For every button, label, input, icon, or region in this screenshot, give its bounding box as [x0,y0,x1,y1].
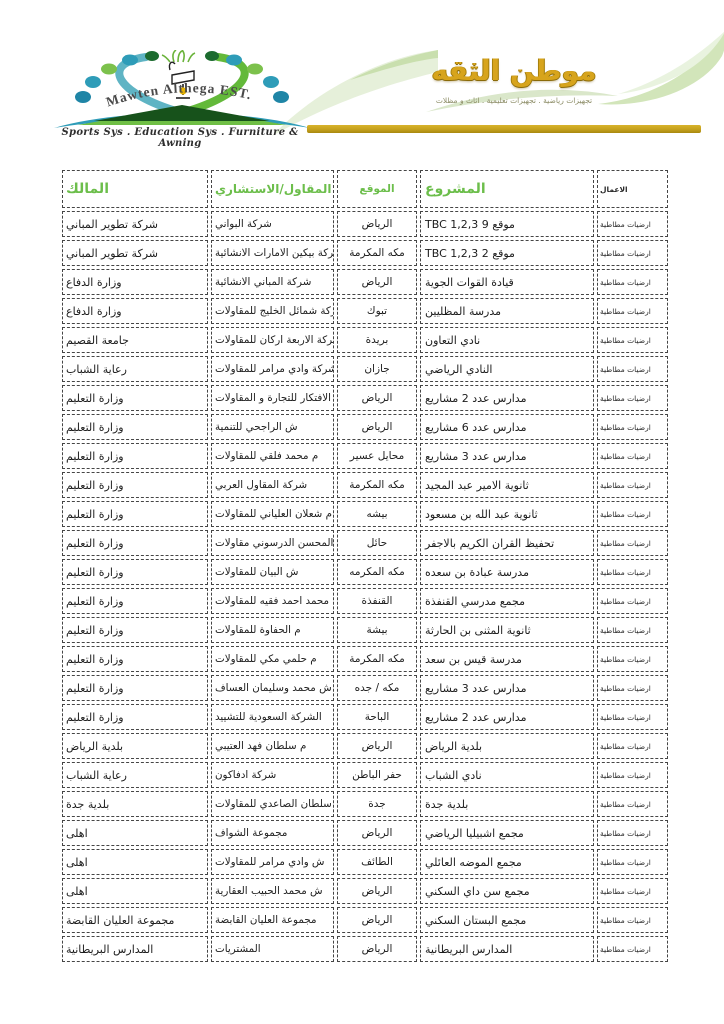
cell-work: ارضيات مطاطية [597,501,668,527]
cell-contractor: عبدالمحسن الدرسوني مقاولات [211,530,334,556]
cell-contractor: ش وادي مرامر للمقاولات [211,849,334,875]
cell-work: ارضيات مطاطية [597,240,668,266]
column-header-owner: المالك [62,170,208,208]
cell-owner: وزارة التعليم [62,472,208,498]
cell-project: نادي الشباب [420,762,594,788]
cell-owner: اهلى [62,820,208,846]
cell-project: مدارس عدد 3 مشاريع [420,675,594,701]
brand-subtitle: تجهيزات رياضية . تجهيزات تعليمية . اثاث … [330,96,698,105]
cell-project: مجمع اشبيليا الرياضي [420,820,594,846]
cell-work: ارضيات مطاطية [597,327,668,353]
cell-project: ثانوية الامير عبد المجيد [420,472,594,498]
cell-work: ارضيات مطاطية [597,211,668,237]
cell-location: الباحة [337,704,417,730]
column-header-location: الموقع [337,170,417,208]
cell-work: ارضيات مطاطية [597,298,668,324]
cell-project: قيادة القوات الجوية [420,269,594,295]
cell-project: مجمع مدرسي القنفذة [420,588,594,614]
cell-owner: رعاية الشباب [62,356,208,382]
cell-work: ارضيات مطاطية [597,414,668,440]
cell-project: النادي الرياضي [420,356,594,382]
cell-project: مدارس عدد 2 مشاريع [420,704,594,730]
cell-work: ارضيات مطاطية [597,356,668,382]
cell-contractor: ش محمد الحبيب العقارية [211,878,334,904]
cell-contractor: م حلمي مكي للمقاولات [211,646,334,672]
cell-location: بيشه [337,501,417,527]
cell-owner: اهلى [62,878,208,904]
cell-location: الرياض [337,414,417,440]
cell-work: ارضيات مطاطية [597,530,668,556]
cell-location: جازان [337,356,417,382]
cell-location: القنفذة [337,588,417,614]
cell-location: تبوك [337,298,417,324]
cell-project: المدارس البريطانية [420,936,594,962]
cell-work: ارضيات مطاطية [597,820,668,846]
cell-location: مكه المكرمة [337,240,417,266]
cell-work: ارضيات مطاطية [597,646,668,672]
brand-title: موطن الثقه [330,56,698,87]
cell-contractor: م سلطان فهد العتيبي [211,733,334,759]
cell-location: بيشة [337,617,417,643]
cell-location: مكه / جده [337,675,417,701]
cell-owner: اهلى [62,849,208,875]
cell-location: الرياض [337,269,417,295]
cell-location: مكه المكرمة [337,646,417,672]
cell-work: ارضيات مطاطية [597,443,668,469]
cell-contractor: م الحفاوة للمقاولات [211,617,334,643]
cell-owner: جامعة القصيم [62,327,208,353]
cell-work: ارضيات مطاطية [597,907,668,933]
company-logo: Mawten Althega EST. [52,50,312,130]
cell-contractor: المشتريات [211,936,334,962]
cell-work: ارضيات مطاطية [597,269,668,295]
cell-contractor: شركة وادي مرامر للمقاولات [211,356,334,382]
cell-owner: وزارة التعليم [62,588,208,614]
cell-contractor: شركة الاربعة اركان للمقاولات [211,327,334,353]
cell-owner: بلدية الرياض [62,733,208,759]
cell-project: بلدية جدة [420,791,594,817]
cell-project: ثانوية عبد الله بن مسعود [420,501,594,527]
cell-owner: وزارة التعليم [62,617,208,643]
cell-project: مدرسة المظليين [420,298,594,324]
cell-location: الرياض [337,936,417,962]
cell-contractor: مجموعة الشواف [211,820,334,846]
cell-contractor: م الافتكار للتجارة و المقاولات [211,385,334,411]
cell-location: الرياض [337,878,417,904]
gold-divider-bar [307,125,701,133]
cell-location: الرياض [337,733,417,759]
cell-project: مدرسة عبادة بن سعده [420,559,594,585]
cell-owner: وزارة الدفاع [62,269,208,295]
cell-owner: شركة تطوير المباني [62,240,208,266]
cell-location: جدة [337,791,417,817]
cell-contractor: ش محمد وسليمان العساف [211,675,334,701]
cell-contractor: ش البيان للمقاولات [211,559,334,585]
cell-owner: وزارة التعليم [62,443,208,469]
cell-project: مجمع الموضه العائلي [420,849,594,875]
column-header-work: الاعمال [597,170,668,208]
cell-location: مكه المكرمه [337,559,417,585]
cell-contractor: ش الراجحي للتنمية [211,414,334,440]
cell-work: ارضيات مطاطية [597,849,668,875]
cell-location: حائل [337,530,417,556]
cell-work: ارضيات مطاطية [597,936,668,962]
cell-contractor: م سلطان الصاعدي للمقاولات [211,791,334,817]
cell-location: الطائف [337,849,417,875]
cell-project: مدارس عدد 6 مشاريع [420,414,594,440]
cell-project: مدرسة قيس بن سعد [420,646,594,672]
cell-work: ارضيات مطاطية [597,617,668,643]
cell-owner: وزارة التعليم [62,385,208,411]
cell-contractor: مجموعة العليان القابضة [211,907,334,933]
cell-work: ارضيات مطاطية [597,559,668,585]
cell-owner: وزارة الدفاع [62,298,208,324]
column-header-project: المشروع [420,170,594,208]
cell-owner: وزارة التعليم [62,559,208,585]
cell-location: مكه المكرمة [337,472,417,498]
column-header-contractor: المقاول/الاستشاري [211,170,334,208]
cell-contractor: شركة المباني الانشائية [211,269,334,295]
cell-location: بريدة [337,327,417,353]
cell-location: محايل عسير [337,443,417,469]
cell-owner: وزارة التعليم [62,530,208,556]
cell-owner: بلدية جدة [62,791,208,817]
cell-work: ارضيات مطاطية [597,704,668,730]
cell-owner: وزارة التعليم [62,646,208,672]
projects-table: الاعمالالمشروعالموقعالمقاول/الاستشاريالم… [62,170,668,962]
cell-work: ارضيات مطاطية [597,472,668,498]
cell-project: مجمع البستان السكني [420,907,594,933]
cell-owner: وزارة التعليم [62,501,208,527]
cell-location: الرياض [337,820,417,846]
cell-contractor: شركة البواني [211,211,334,237]
cell-work: ارضيات مطاطية [597,675,668,701]
cell-contractor: شركة ادفاكون [211,762,334,788]
cell-project: تحفيظ القران الكريم بالاجفر [420,530,594,556]
cell-owner: وزارة التعليم [62,675,208,701]
cell-location: حفر الباطن [337,762,417,788]
cell-project: موقع 9 TBC 1,2,3 [420,211,594,237]
cell-work: ارضيات مطاطية [597,385,668,411]
cell-project: مجمع سن داي السكني [420,878,594,904]
cell-contractor: شركة بيكين الامارات الانشائية [211,240,334,266]
cell-work: ارضيات مطاطية [597,733,668,759]
cell-owner: وزارة التعليم [62,414,208,440]
cell-contractor: شركة شمائل الخليج للمقاولات [211,298,334,324]
cell-project: مدارس عدد 2 مشاريع [420,385,594,411]
cell-location: الرياض [337,211,417,237]
cell-project: مدارس عدد 3 مشاريع [420,443,594,469]
cell-owner: رعاية الشباب [62,762,208,788]
cell-project: بلدية الرياض [420,733,594,759]
cell-contractor: شركة المقاول العربي [211,472,334,498]
cell-work: ارضيات مطاطية [597,791,668,817]
cell-owner: المدارس البريطانية [62,936,208,962]
cell-owner: وزارة التعليم [62,704,208,730]
logo-tagline: Sports Sys . Education Sys . Furniture &… [50,127,310,149]
brand-block: موطن الثقه تجهيزات رياضية . تجهيزات تعلي… [330,56,698,105]
cell-project: ثانوية المثنى بن الحارثة [420,617,594,643]
cell-project: موقع 2 TBC 1,2,3 [420,240,594,266]
cell-owner: مجموعة العليان القابضة [62,907,208,933]
cell-location: الرياض [337,907,417,933]
cell-location: الرياض [337,385,417,411]
cell-project: نادي التعاون [420,327,594,353]
cell-contractor: ش محمد احمد فقيه للمقاولات [211,588,334,614]
cell-contractor: م شعلان العلياني للمقاولات [211,501,334,527]
cell-owner: شركة تطوير المباني [62,211,208,237]
grass-icon [162,50,195,62]
cell-work: ارضيات مطاطية [597,762,668,788]
cell-contractor: م محمد فلقي للمقاولات [211,443,334,469]
cell-work: ارضيات مطاطية [597,878,668,904]
cell-work: ارضيات مطاطية [597,588,668,614]
cell-contractor: الشركة السعودية للتشييد [211,704,334,730]
